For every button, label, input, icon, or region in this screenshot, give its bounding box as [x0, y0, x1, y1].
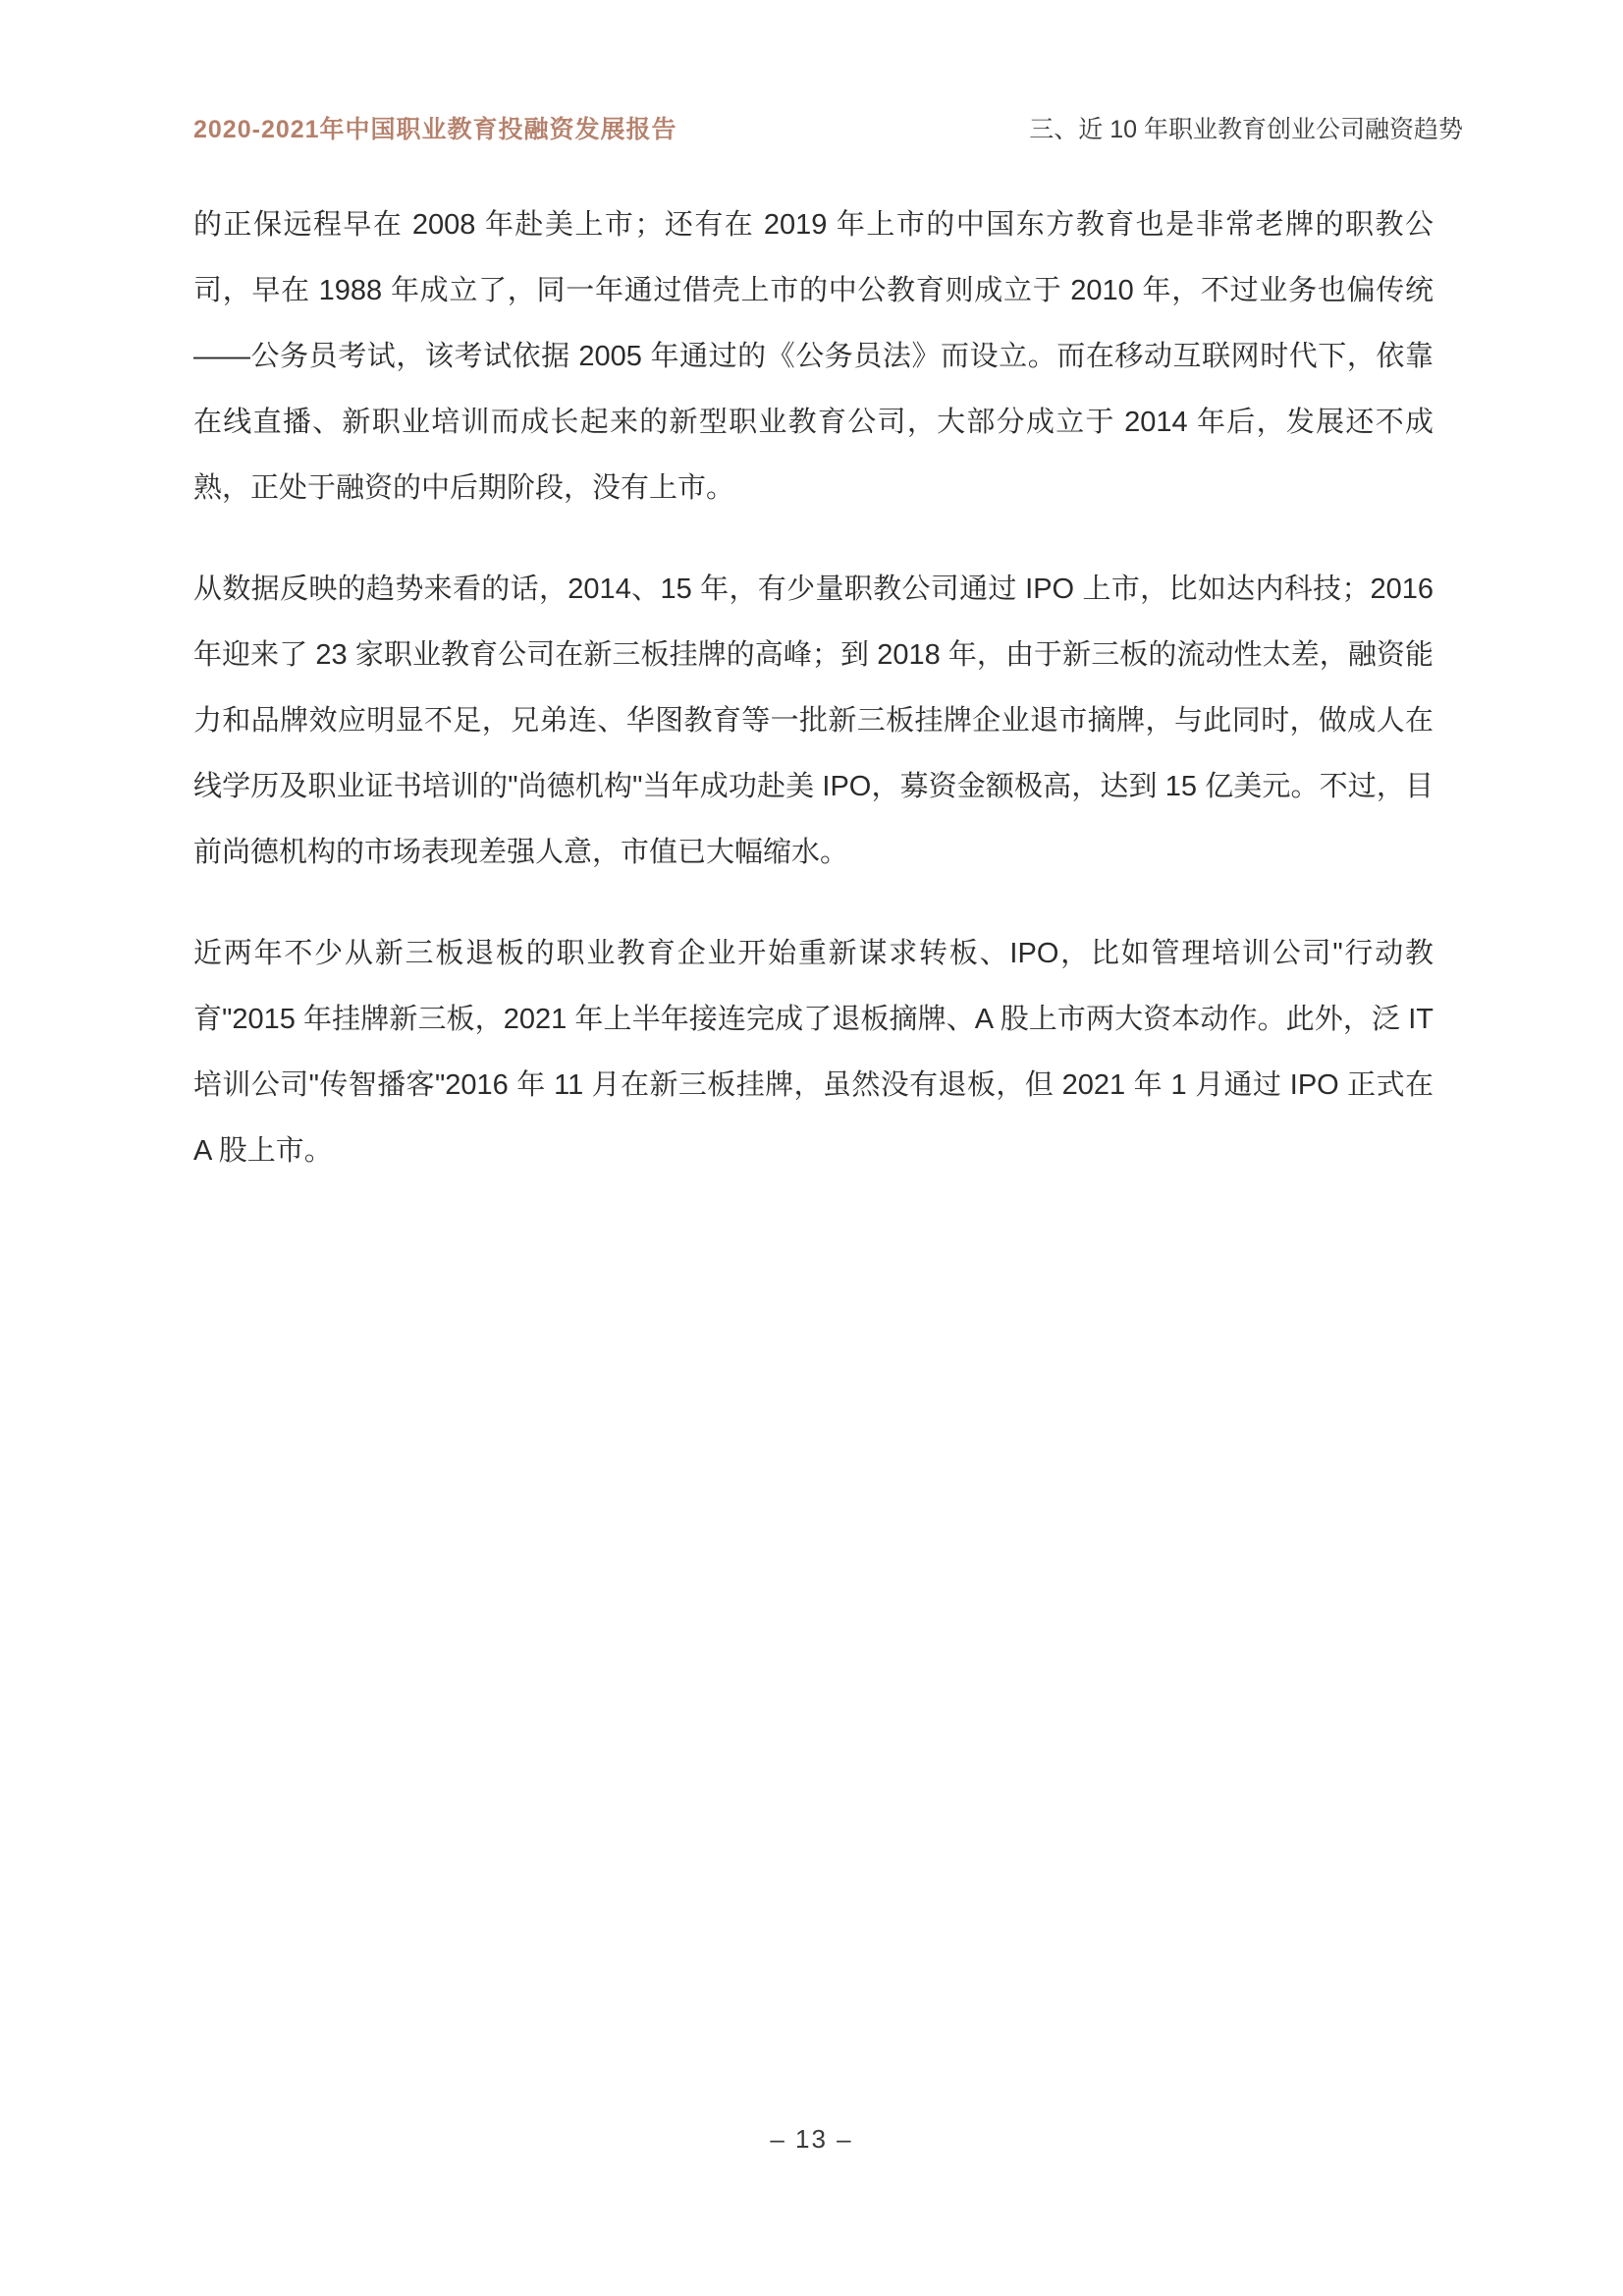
report-title: 2020-2021年中国职业教育投融资发展报告 [193, 110, 677, 145]
section-title: 三、近 10 年职业教育创业公司融资趋势 [1029, 110, 1463, 145]
paragraph-3: 近两年不少从新三板退板的职业教育企业开始重新谋求转板、IPO，比如管理培训公司"… [193, 921, 1434, 1184]
paragraph-2: 从数据反映的趋势来看的话，2014、15 年，有少量职教公司通过 IPO 上市，… [193, 557, 1434, 886]
document-page: 2020-2021年中国职业教育投融资发展报告 三、近 10 年职业教育创业公司… [0, 0, 1623, 2296]
page-footer: – 13 – [0, 2124, 1623, 2155]
page-number: – 13 – [770, 2124, 852, 2154]
body-text-block: 的正保远程早在 2008 年赴美上市；还有在 2019 年上市的中国东方教育也是… [193, 192, 1434, 1220]
paragraph-1: 的正保远程早在 2008 年赴美上市；还有在 2019 年上市的中国东方教育也是… [193, 192, 1434, 521]
page-header: 2020-2021年中国职业教育投融资发展报告 三、近 10 年职业教育创业公司… [193, 110, 1463, 145]
